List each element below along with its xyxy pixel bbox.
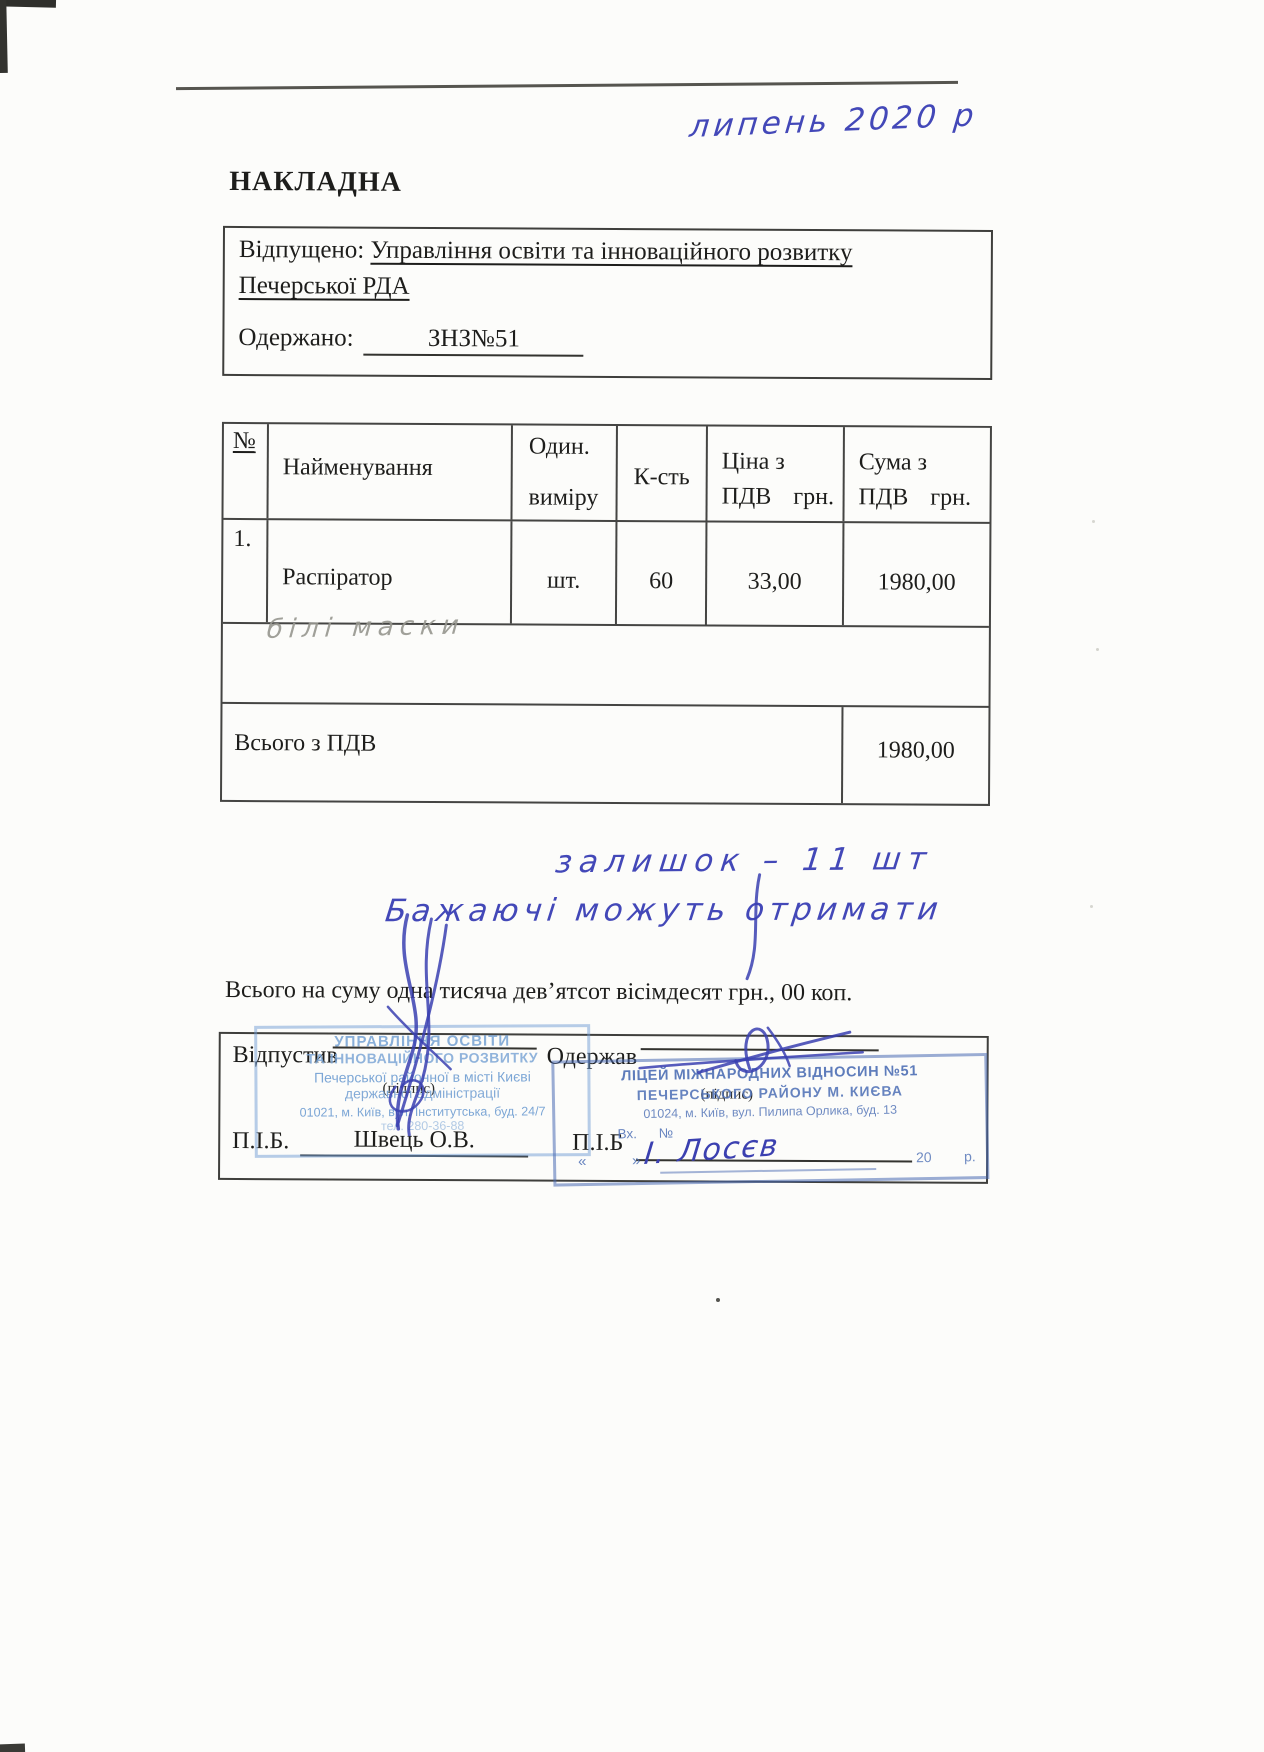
table-total-row: Всього з ПДВ 1980,00	[222, 704, 988, 804]
header-unit: Один. виміру	[512, 425, 617, 520]
received-label: Одержано:	[238, 324, 353, 352]
document-title: НАКЛАДНА	[229, 166, 402, 199]
header-price: Ціна з ПДВ грн.	[707, 426, 844, 521]
consignment-parties-box: Відпущено: Управління освіти та інноваці…	[222, 226, 993, 380]
header-num: №	[223, 424, 268, 518]
handwritten-note-line2: Бажаючі можуть отримати	[383, 891, 945, 929]
table-empty-section: білі маски	[223, 624, 989, 708]
stamp-year-prefix: 20	[916, 1149, 932, 1165]
handwritten-date: липень 2020 р	[688, 97, 980, 145]
total-value: 1980,00	[843, 707, 989, 804]
stamp-line: 01024, м. Київ, вул. Пилипа Орлика, буд.…	[555, 1101, 985, 1123]
amount-in-words: Всього на суму одна тисяча дев’ятсот віс…	[225, 977, 852, 1007]
scanned-invoice-page: липень 2020 р НАКЛАДНА Відпущено: Управл…	[0, 0, 1264, 1752]
released-label: Відпущено:	[239, 236, 365, 264]
stamp-school-51: ЛІЦЕЙ МІЖНАРОДНИХ ВІДНОСИН №51 ПЕЧЕРСЬКО…	[551, 1053, 989, 1187]
stamp-quote-close: »	[632, 1152, 641, 1169]
received-value: ЗНЗ№51	[364, 325, 584, 357]
stamp-line: тел. 280-36-88	[258, 1118, 588, 1134]
handwritten-note-line1: залишок – 11 шт	[554, 841, 936, 880]
total-label: Всього з ПДВ	[222, 704, 843, 803]
released-value-line1: Управління освіти та інноваційного розви…	[370, 237, 852, 267]
table-header-row: № Найменування Один. виміру К-сть Ціна з…	[223, 424, 989, 524]
stamp-quote-open: «	[578, 1153, 587, 1170]
received-line: Одержано: ЗНЗ№51	[238, 324, 990, 359]
stamp-year-suffix: р.	[964, 1148, 976, 1164]
stamp-line: Печерської районної в місті Києві	[257, 1068, 587, 1086]
row-name: Распіратор	[268, 520, 513, 623]
stamp-line: ТА ІННОВАЦІЙНОГО РОЗВИТКУ	[257, 1049, 587, 1067]
document-content: липень 2020 р НАКЛАДНА Відпущено: Управл…	[0, 0, 1264, 1752]
stamp-line: державної адміністрації	[257, 1084, 587, 1102]
row-num: 1.	[223, 520, 269, 622]
released-line2: Печерської РДА	[239, 272, 991, 304]
header-name: Найменування	[268, 424, 512, 519]
row-sum: 1980,00	[844, 523, 990, 626]
released-value-line2: Печерської РДА	[239, 272, 410, 300]
stamp-line: ПЕЧЕРСЬКОГО РАЙОНУ М. КИЄВА	[555, 1081, 985, 1105]
table-row: 1. Распіратор шт. 60 33,00 1980,00	[223, 520, 990, 628]
stamp-education-department: УПРАВЛІННЯ ОСВІТИ ТА ІННОВАЦІЙНОГО РОЗВИ…	[254, 1024, 591, 1158]
released-line: Відпущено: Управління освіти та інноваці…	[239, 236, 991, 268]
row-price: 33,00	[707, 522, 845, 625]
stamp-signature-line	[660, 1168, 876, 1174]
stamp-line: УПРАВЛІННЯ ОСВІТИ	[257, 1032, 587, 1051]
header-qty: К-сть	[617, 426, 707, 520]
pencil-note: білі маски	[266, 610, 466, 645]
signature-line-right	[641, 1048, 879, 1051]
row-unit: шт.	[512, 521, 618, 624]
items-table: № Найменування Один. виміру К-сть Ціна з…	[220, 422, 992, 806]
row-qty: 60	[617, 522, 708, 624]
header-sum: Сума з ПДВ грн.	[844, 427, 989, 522]
